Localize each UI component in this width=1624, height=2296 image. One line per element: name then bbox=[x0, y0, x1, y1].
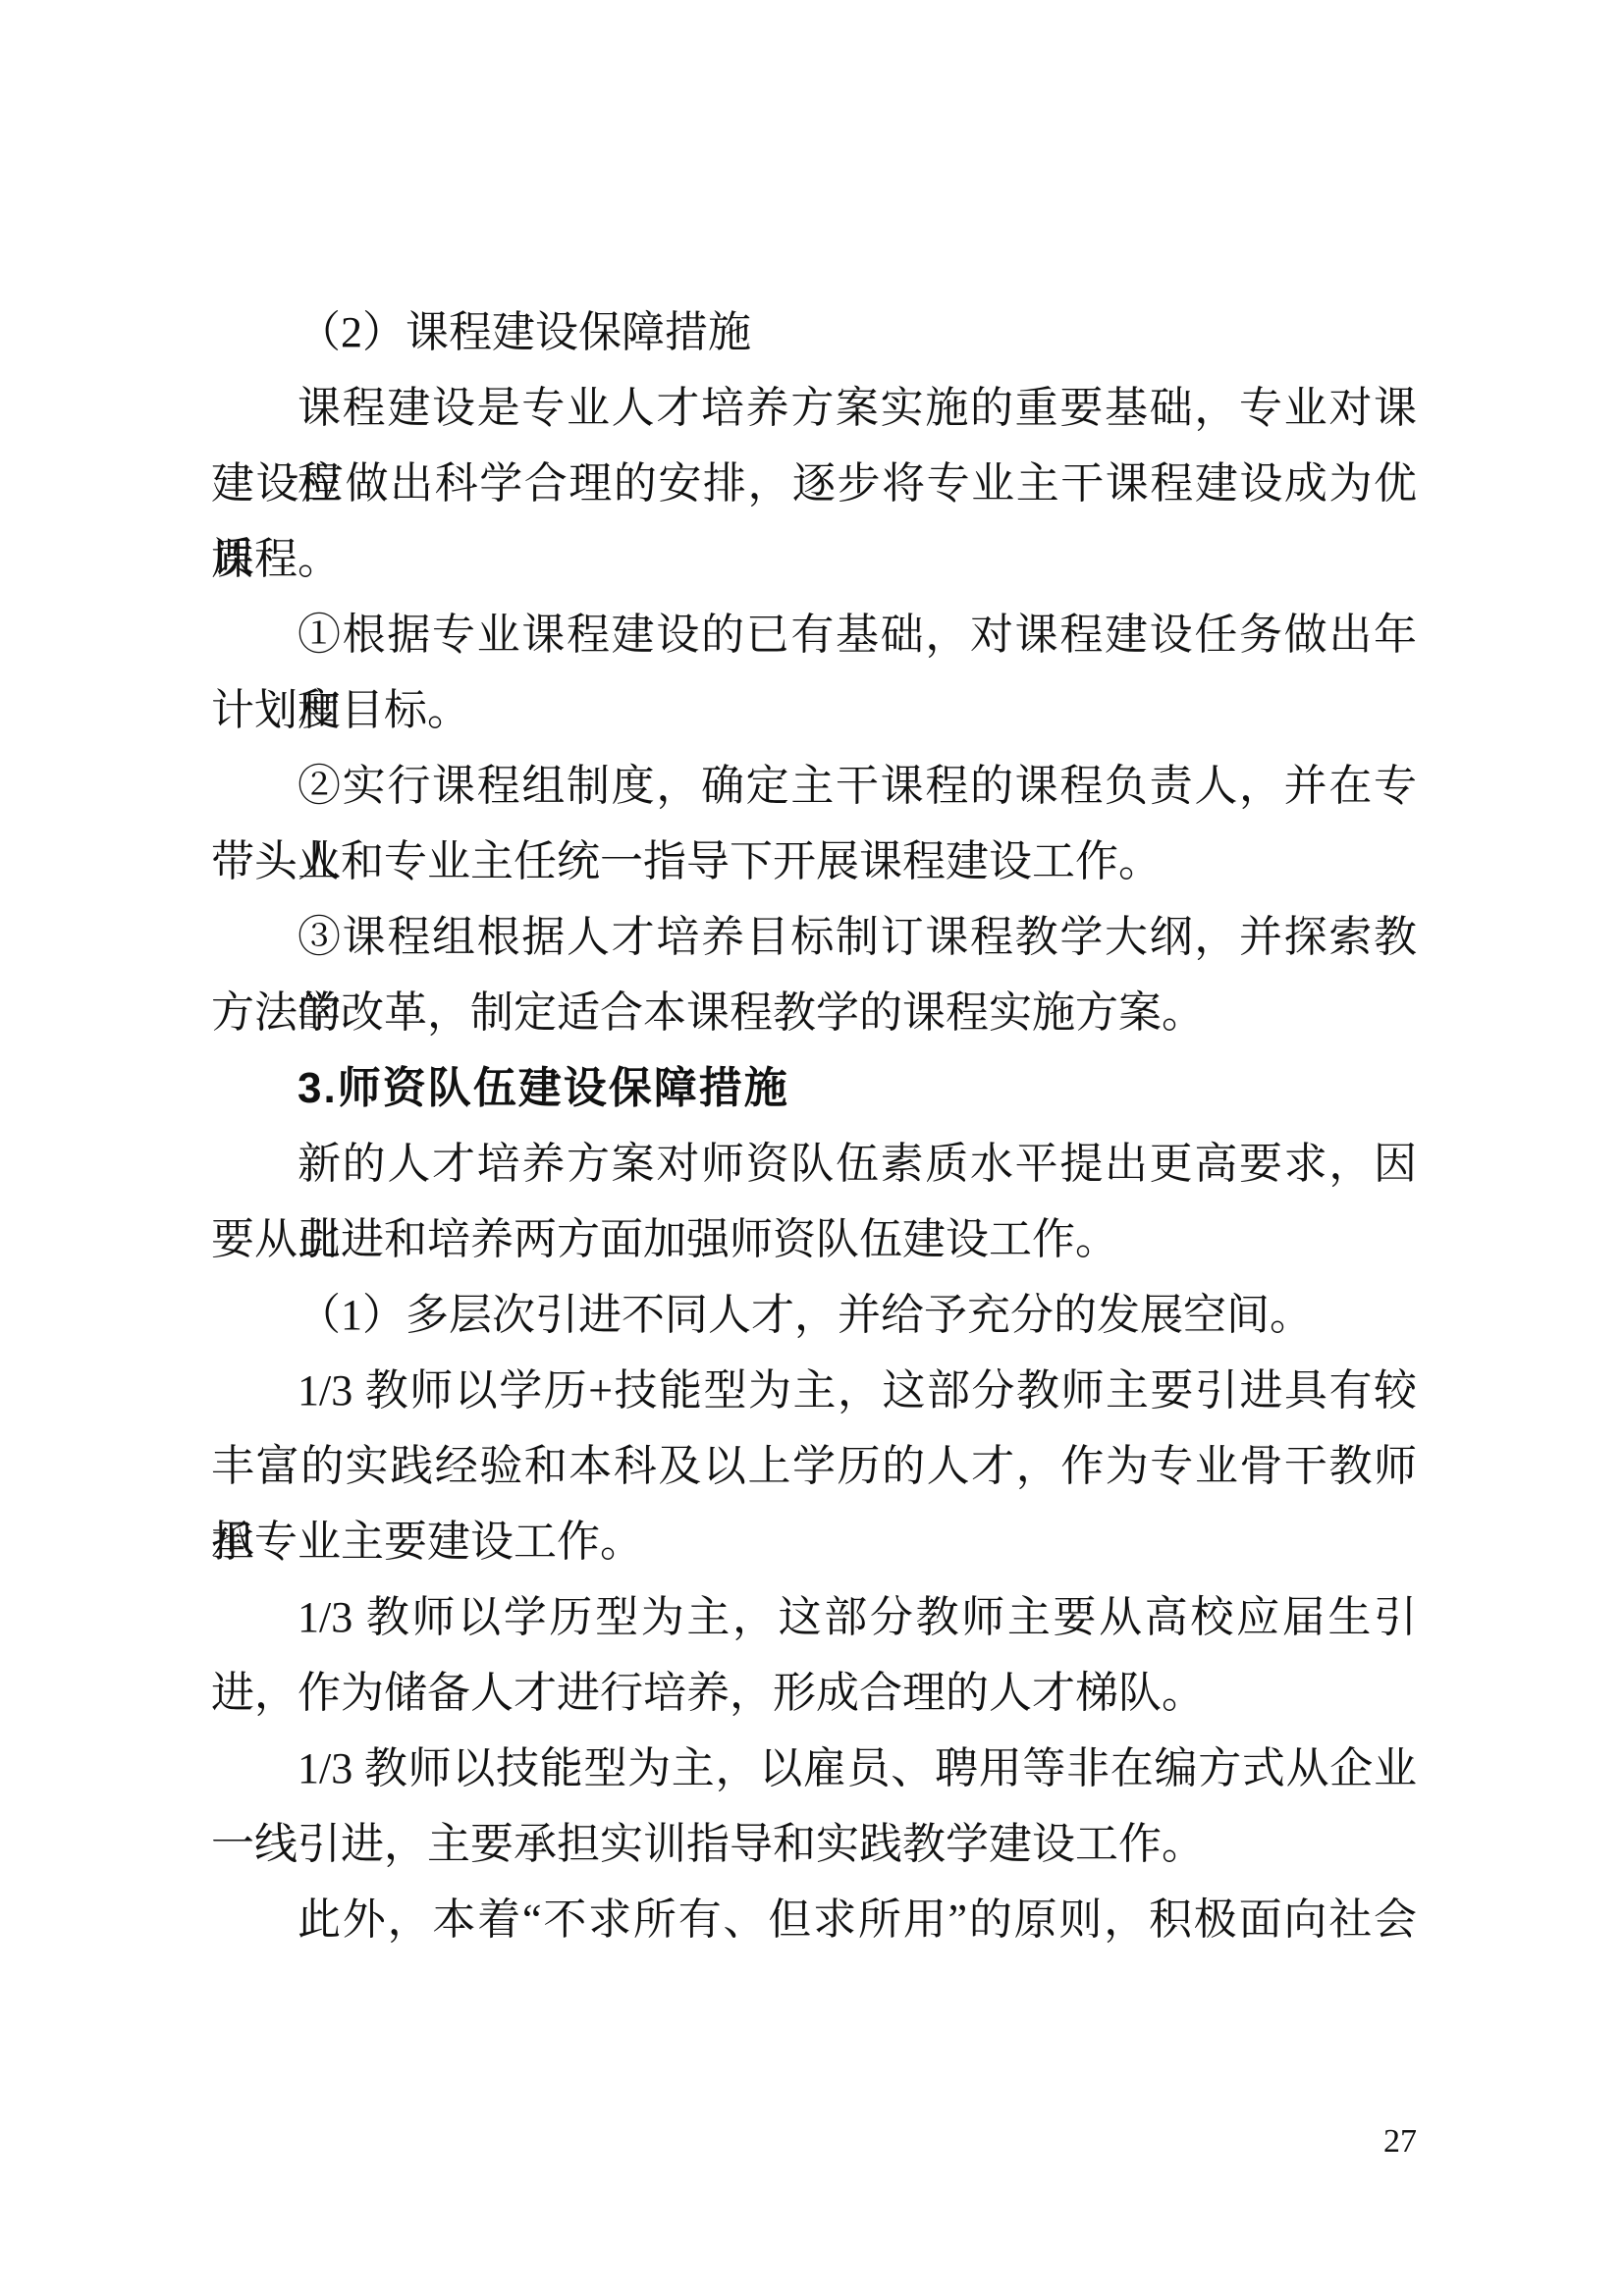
document-line: 1/3 教师以学历型为主，这部分教师主要从高校应届生引 bbox=[211, 1579, 1417, 1655]
document-line: 课程。 bbox=[211, 521, 1417, 597]
document-body: （2）课程建设保障措施课程建设是专业人才培养方案实施的重要基础，专业对课程建设应… bbox=[211, 294, 1417, 1957]
document-line: （1）多层次引进不同人才，并给予充分的发展空间。 bbox=[211, 1277, 1417, 1353]
document-line: 1/3 教师以学历+技能型为主，这部分教师主要引进具有较 bbox=[211, 1353, 1417, 1428]
document-line: ②实行课程组制度，确定主干课程的课程负责人，并在专业 bbox=[211, 748, 1417, 824]
document-line: 丰富的实践经验和本科及以上学历的人才，作为专业骨干教师承 bbox=[211, 1428, 1417, 1504]
document-line: 要从引进和培养两方面加强师资队伍建设工作。 bbox=[211, 1201, 1417, 1277]
section-heading: 3.师资队伍建设保障措施 bbox=[211, 1050, 1417, 1126]
document-line: 1/3 教师以技能型为主，以雇员、聘用等非在编方式从企业 bbox=[211, 1731, 1417, 1806]
document-line: 带头人和专业主任统一指导下开展课程建设工作。 bbox=[211, 824, 1417, 899]
document-line: 此外，本着“不求所有、但求所用”的原则，积极面向社会 bbox=[211, 1882, 1417, 1957]
document-line: ③课程组根据人才培养目标制订课程教学大纲，并探索教学 bbox=[211, 899, 1417, 975]
document-line: ①根据专业课程建设的已有基础，对课程建设任务做出年度 bbox=[211, 597, 1417, 672]
document-line: 课程建设是专业人才培养方案实施的重要基础，专业对课程 bbox=[211, 370, 1417, 446]
document-line: 建设应做出科学合理的安排，逐步将专业主干课程建设成为优质 bbox=[211, 446, 1417, 521]
document-line: 担专业主要建设工作。 bbox=[211, 1504, 1417, 1579]
document-page: （2）课程建设保障措施课程建设是专业人才培养方案实施的重要基础，专业对课程建设应… bbox=[0, 0, 1624, 2296]
document-line: 新的人才培养方案对师资队伍素质水平提出更高要求，因此 bbox=[211, 1126, 1417, 1201]
document-line: 一线引进，主要承担实训指导和实践教学建设工作。 bbox=[211, 1806, 1417, 1882]
document-line: 进，作为储备人才进行培养，形成合理的人才梯队。 bbox=[211, 1655, 1417, 1731]
document-line: 计划和目标。 bbox=[211, 672, 1417, 748]
document-line: 方法的改革，制定适合本课程教学的课程实施方案。 bbox=[211, 975, 1417, 1050]
document-line: （2）课程建设保障措施 bbox=[211, 294, 1417, 370]
page-number: 27 bbox=[1383, 2122, 1417, 2162]
